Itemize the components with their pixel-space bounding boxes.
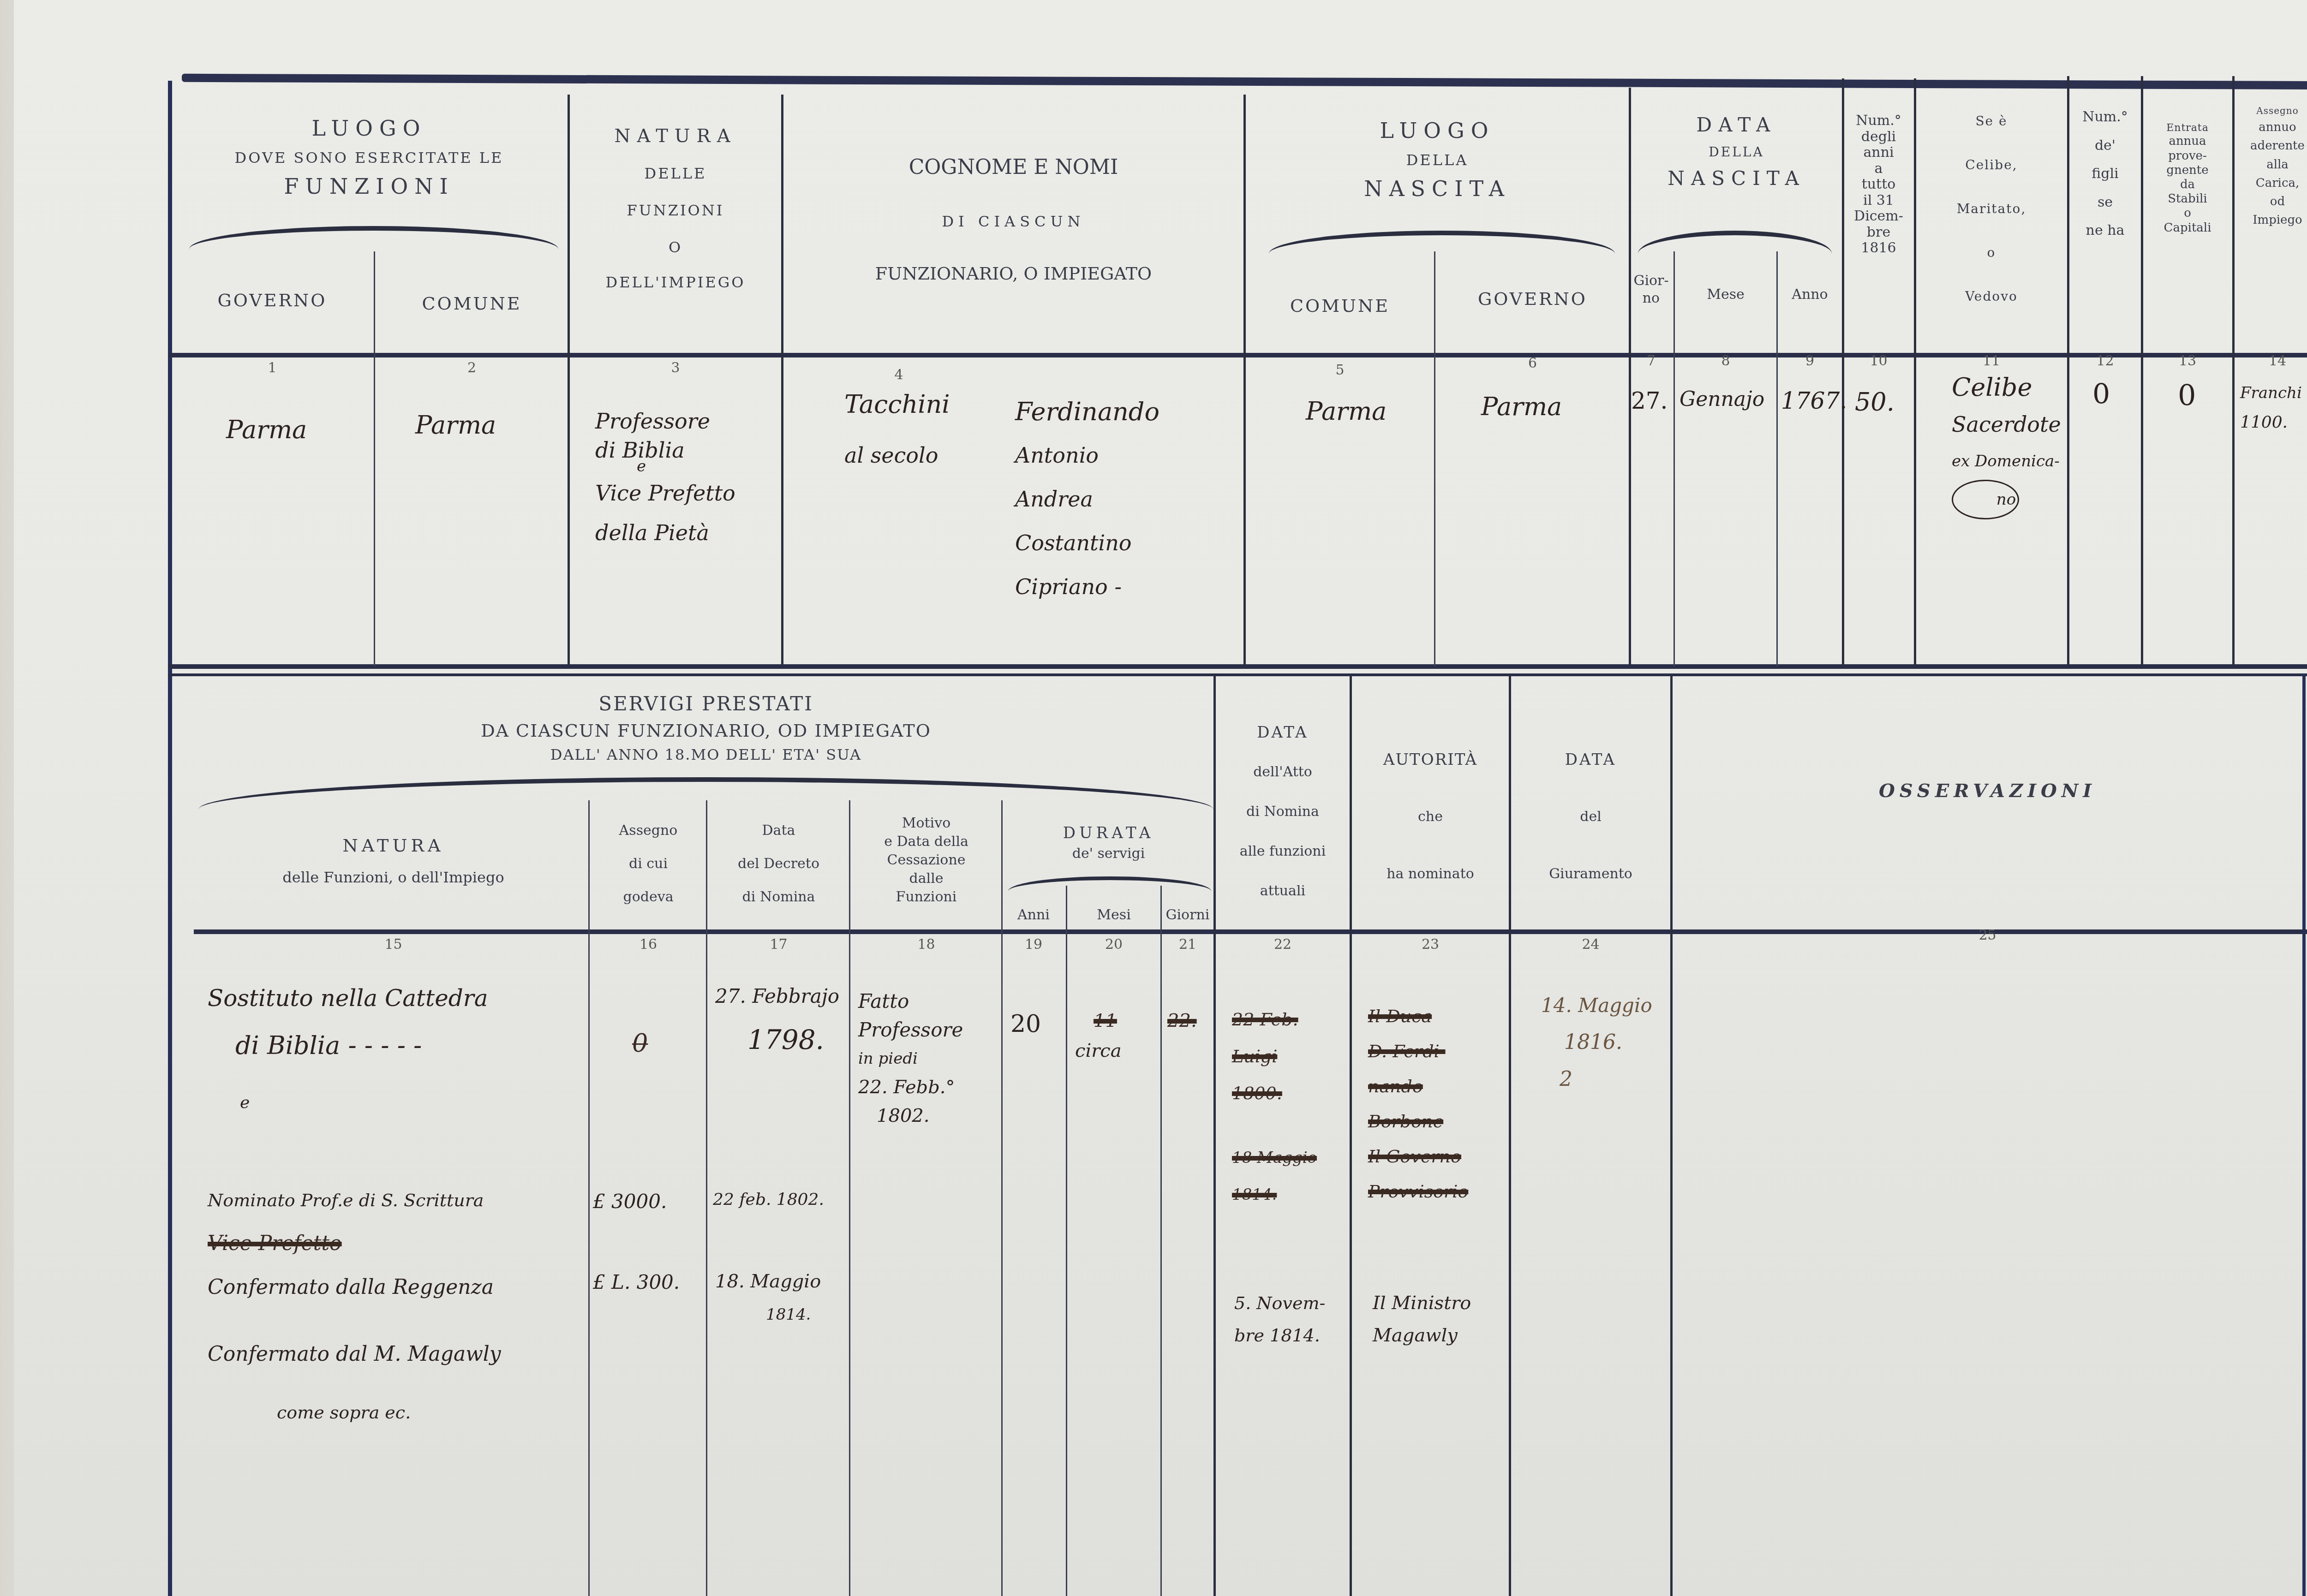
entry-1-assegno: 0 <box>632 1029 648 1058</box>
column-number: 15 <box>198 936 588 953</box>
cell-assegno: Franchi 1100. <box>2240 378 2302 437</box>
header-giorni: Giorni <box>1162 906 1213 924</box>
column-number: 11 <box>1916 353 2067 369</box>
header-assegno: Assegno annuo aderente alla Carica, od I… <box>2234 104 2307 230</box>
cell-num-anni: 50. <box>1855 387 1895 417</box>
column-number: 6 <box>1436 355 1629 371</box>
cell-comune: Parma <box>415 411 496 440</box>
entry-3-assegno: £ L. 300. <box>593 1271 680 1293</box>
entry-4-natura: come sopra ec. <box>277 1402 411 1423</box>
col-divider <box>706 800 707 1596</box>
header-brace <box>1269 231 1615 254</box>
cell-nascita-governo: Parma <box>1481 392 1562 421</box>
header-motivo-cessazione: Motivo e Data della Cessazione dalle Fun… <box>851 814 1001 906</box>
autorita-current: Il Ministro Magawly <box>1373 1287 1471 1352</box>
header-natura-funzioni: NATURA DELLE FUNZIONI O DELL'IMPIEGO <box>570 125 781 292</box>
column-number: 3 <box>570 360 781 376</box>
header-luogo-funzioni: LUOGO DOVE SONO ESERCITATE LE FUNZIONI <box>171 115 568 200</box>
header-mesi: Mesi <box>1067 906 1160 924</box>
header-data-atto-nomina: DATA dell'Atto di Nomina alle funzioni a… <box>1216 713 1350 911</box>
durata-mesi: circa <box>1075 1040 1122 1061</box>
autorita-struck: Il Duca D. Ferdi- nando Borbone Il Gover… <box>1368 999 1468 1209</box>
column-number: 23 <box>1352 936 1509 953</box>
cell-num-figli: 0 <box>2092 378 2110 411</box>
entry-3-natura: Confermato dalla Reggenza <box>208 1275 494 1299</box>
header-data-decreto: Data del Decreto di Nomina <box>708 814 849 914</box>
entry-2-data-decreto: 22 feb. 1802. <box>713 1190 824 1209</box>
cell-stato-civile: Celibe Sacerdote ex Domenica- no <box>1952 369 2061 519</box>
column-number: 24 <box>1511 936 1670 953</box>
col-divider <box>588 800 590 1596</box>
entry-2-natura: Nominato Prof.e di S. Scrittura <box>208 1190 484 1210</box>
column-number: 16 <box>591 936 706 953</box>
cell-giorno: 27. <box>1631 387 1668 414</box>
header-nascita-governo: GOVERNO <box>1436 288 1629 310</box>
header-anno: Anno <box>1778 286 1842 304</box>
cell-mese: Gennajo <box>1679 387 1764 411</box>
osservazioni-field <box>1675 959 2300 1596</box>
col-divider <box>374 251 375 667</box>
data-atto-current: 5. Novem- bre 1814. <box>1234 1287 1325 1352</box>
column-number: 2 <box>376 360 568 376</box>
column-number: 9 <box>1778 353 1842 369</box>
header-anni: Anni <box>1001 906 1066 924</box>
cell-governo: Parma <box>226 415 307 444</box>
entry-1-natura: di Biblia - - - - - <box>235 1031 422 1060</box>
durata-mesi-struck: 11 <box>1094 1010 1117 1031</box>
cell-natura-funzioni: Professore di Biblia e Vice Prefetto del… <box>595 401 735 553</box>
column-number: 18 <box>851 936 1001 953</box>
entry-3-data-decreto: 1814. <box>766 1305 811 1324</box>
column-number: 20 <box>1067 936 1160 953</box>
col-divider <box>849 800 850 1596</box>
header-governo: GOVERNO <box>171 290 374 312</box>
header-autorita: AUTORITÀ che ha nominato <box>1352 731 1509 903</box>
entry-4-natura: Confermato dal M. Magawly <box>208 1342 501 1366</box>
col-divider <box>2302 673 2306 1596</box>
header-brace <box>189 226 558 249</box>
col-divider <box>1670 673 1673 1596</box>
header-data-nascita: DATA DELLA NASCITA <box>1631 113 1842 191</box>
entry-2-natura: e <box>240 1093 250 1112</box>
cell-nascita-comune: Parma <box>1306 397 1387 426</box>
entry-1-data-decreto: 1798. <box>747 1024 824 1055</box>
header-durata: DURATA de' servigi <box>1004 823 1213 862</box>
header-brace <box>1638 231 1832 254</box>
column-number: 19 <box>1001 936 1066 953</box>
column-number: 22 <box>1216 936 1350 953</box>
column-number: 14 <box>2234 353 2307 369</box>
col-divider <box>1776 251 1778 667</box>
cell-cognome-note: al secolo <box>844 443 938 468</box>
cell-cognome: Tacchini <box>844 390 950 419</box>
col-divider <box>1673 251 1675 667</box>
column-number: 4 <box>783 367 1014 383</box>
cell-nomi: Ferdinando Antonio Andrea Costantino Cip… <box>1015 390 1159 609</box>
entry-1-motivo: Fatto Professore in piedi 22. Febb.° 180… <box>858 987 963 1130</box>
header-data-giuramento: DATA del Giuramento <box>1511 731 1670 903</box>
entry-2-natura-struck: Vice Prefetto <box>208 1232 342 1255</box>
entry-2-assegno: £ 3000. <box>593 1190 667 1213</box>
header-luogo-nascita: LUOGO DELLA NASCITA <box>1246 118 1629 202</box>
top-table-bottom-rule <box>168 664 2307 669</box>
column-number: 10 <box>1843 353 1914 369</box>
header-giorno: Gior-no <box>1629 272 1673 307</box>
col-divider <box>1160 886 1162 1596</box>
entry-1-data-decreto: 27. Febbrajo <box>715 985 839 1007</box>
header-cognome-nomi: COGNOME E NOMI DI CIASCUN FUNZIONARIO, O… <box>783 155 1243 285</box>
col-divider <box>1434 251 1435 667</box>
column-number: 13 <box>2143 353 2232 369</box>
data-giuramento-value: 14. Maggio 1816. 2 <box>1541 987 1652 1098</box>
col-divider <box>1066 886 1067 1596</box>
column-number: 8 <box>1675 353 1776 369</box>
header-brace <box>1008 876 1211 891</box>
data-atto-struck: 22 Feb. Luigi 1800. 18 Maggio 1814. <box>1232 1001 1317 1213</box>
column-number: 17 <box>708 936 849 953</box>
header-osservazioni: OSSERVAZIONI <box>1673 780 2302 803</box>
header-servigi-prestati: SERVIGI PRESTATI DA CIASCUN FUNZIONARIO,… <box>198 692 1213 764</box>
header-brace <box>198 777 1213 810</box>
entry-1-natura: Sostituto nella Cattedra <box>208 985 488 1012</box>
column-number: 12 <box>2069 353 2141 369</box>
cell-anno: 1767. <box>1781 387 1847 414</box>
durata-anni: 20 <box>1010 1010 1041 1038</box>
header-assegno-godeva: Assegno di cui godeva <box>591 814 706 914</box>
header-entrata: Entrata annua prove- gnente da Stabili o… <box>2143 122 2232 235</box>
cell-entrata: 0 <box>2178 378 2196 412</box>
column-number: 21 <box>1162 936 1213 953</box>
column-number: 5 <box>1246 362 1434 378</box>
durata-giorni-struck: 22. <box>1167 1010 1197 1031</box>
header-comune: COMUNE <box>376 293 568 315</box>
frame-top-border <box>182 74 2307 89</box>
entry-3-data-decreto: 18. Maggio <box>715 1271 821 1292</box>
header-num-anni: Num.° degli anni a tutto il 31 Dicem- br… <box>1843 113 1914 256</box>
column-number: 25 <box>1673 927 2302 943</box>
top-table-bottom-rule-2 <box>168 673 2307 676</box>
header-num-figli: Num.° de' figli se ne ha <box>2069 108 2141 239</box>
header-stato-civile: Se è Celibe, Maritato, o Vedovo <box>1916 113 2067 304</box>
column-number: 7 <box>1629 353 1673 369</box>
header-nascita-comune: COMUNE <box>1246 295 1434 317</box>
column-number: 1 <box>171 360 374 376</box>
document-page: LUOGO DOVE SONO ESERCITATE LE FUNZIONI G… <box>14 0 2307 1596</box>
header-mese: Mese <box>1675 286 1776 304</box>
header-natura-servigi: NATURA delle Funzioni, o dell'Impiego <box>198 835 588 887</box>
